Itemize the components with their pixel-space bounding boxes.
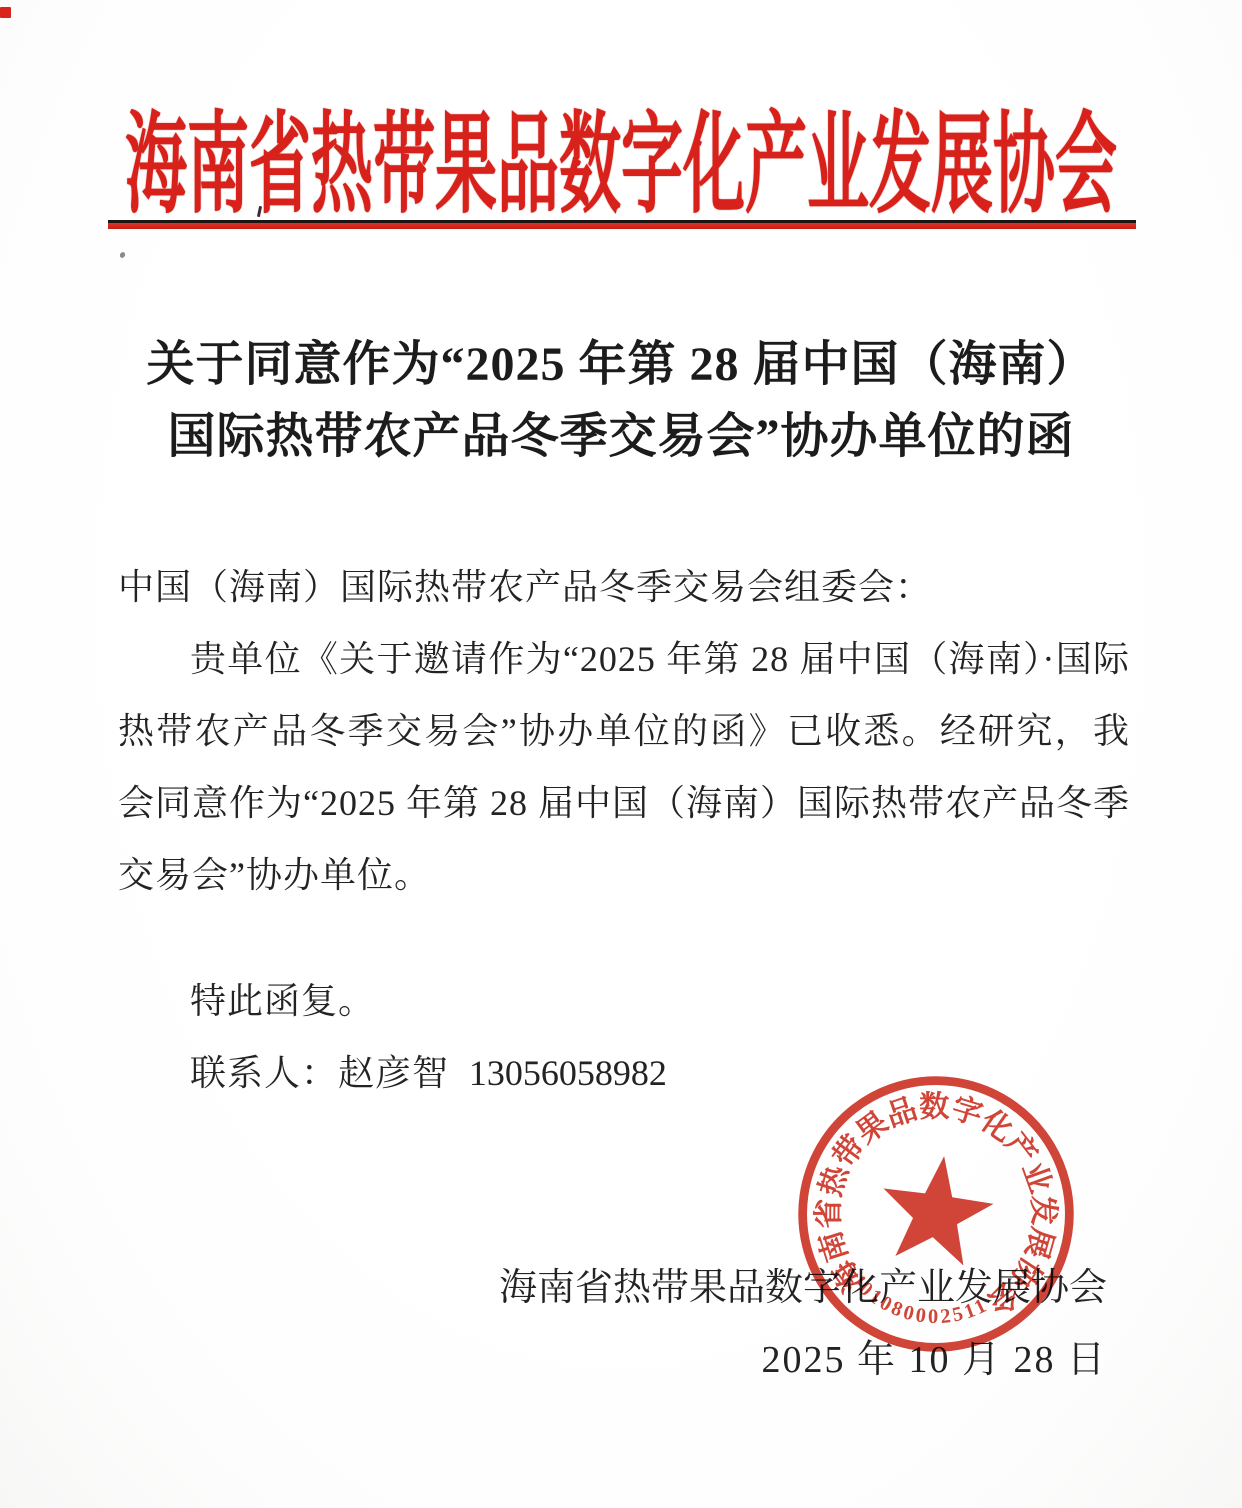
salutation: 中国（海南）国际热带农产品冬季交易会组委会： (118, 551, 1130, 623)
document-title-line1: 关于同意作为“2025 年第 28 届中国（海南） (146, 338, 1095, 391)
official-letter-document: 海南省热带果品数字化产业发展协会 关于同意作为“2025 年第 28 届中国（海… (0, 0, 1242, 1508)
main-paragraph: 贵单位《关于邀请作为“2025 年第 28 届中国（海南）·国际热带农产品冬季交… (118, 623, 1130, 911)
contact-phone-number: 13056058982 (469, 1053, 667, 1093)
scan-artifact-dot (119, 251, 126, 259)
star-icon (874, 1148, 999, 1268)
contact-line: 联系人：赵彦智13056058982 (118, 1037, 1130, 1109)
signature-org-name: 海南省热带果品数字化产业发展协会 (499, 1252, 1107, 1324)
letterhead-org-name: 海南省热带果品数字化产业发展协会 (125, 76, 1117, 234)
signature-date: 2025 年 10 月 28 日 (499, 1324, 1107, 1396)
closing-phrase: 特此函复。 (118, 965, 1130, 1037)
letter-body: 中国（海南）国际热带农产品冬季交易会组委会： 贵单位《关于邀请作为“2025 年… (118, 551, 1130, 1109)
signature-block: 海南省热带果品数字化产业发展协会 2025 年 10 月 28 日 (499, 1252, 1107, 1396)
contact-person-label: 联系人：赵彦智 (190, 1053, 449, 1093)
document-title: 关于同意作为“2025 年第 28 届中国（海南） 国际热带农产品冬季交易会”协… (0, 329, 1242, 473)
letterhead: 海南省热带果品数字化产业发展协会 (0, 90, 1242, 229)
document-title-line2: 国际热带农产品冬季交易会”协办单位的函 (167, 410, 1074, 463)
scan-artifact-speck (0, 7, 11, 18)
